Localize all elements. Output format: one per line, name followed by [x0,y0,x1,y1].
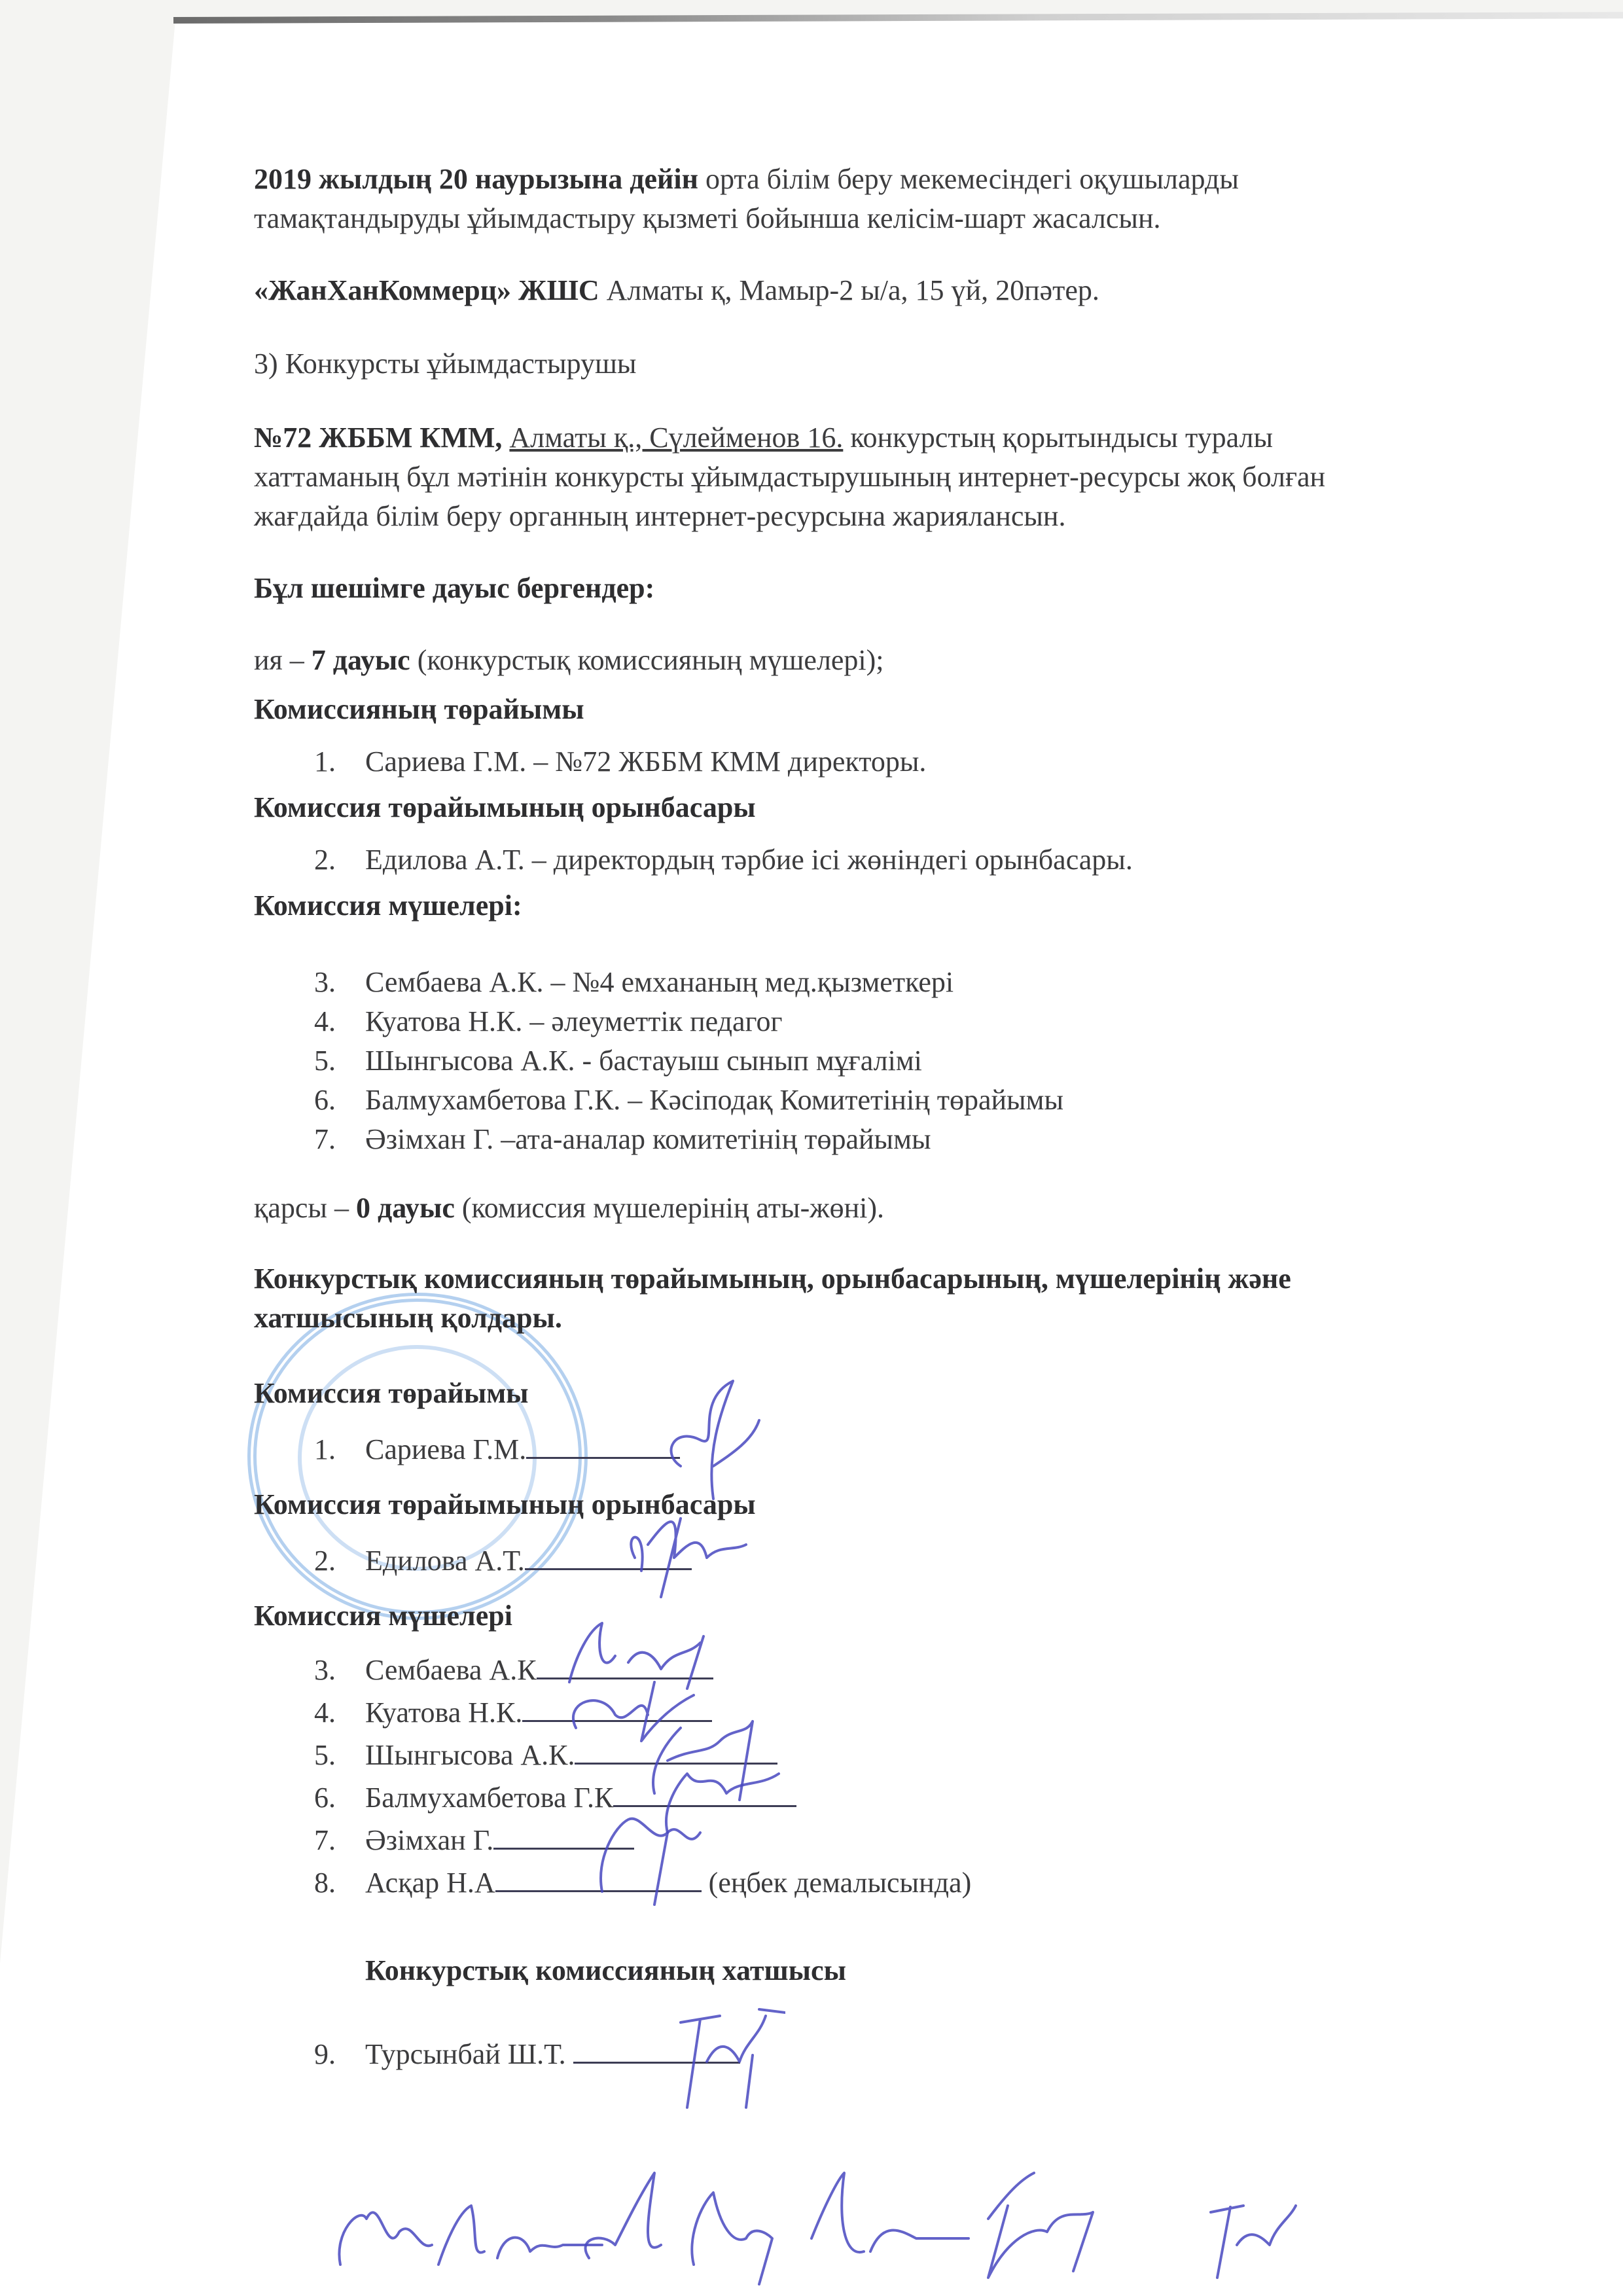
decision-text: орта білім беру мекемесіндегі оқушыларды [698,163,1239,195]
decision-date: 2019 жылдың 20 наурызына дейін [254,163,698,195]
votes-against: қарсы – 0 дауыс (комиссия мүшелерінің ат… [254,1191,884,1225]
sig-member-row: 7.Әзімхан Г. [314,1823,634,1857]
supplier-address: Алматы қ, Мамыр-2 ы/а, 15 үй, 20пәтер. [599,274,1099,306]
list-number: 5. [314,1738,365,1772]
leave-note: (еңбек демалысында) [702,1867,972,1899]
signer-name: Асқар Н.А [365,1867,495,1899]
chair-item: 1.Сариева Г.М. – №72 ЖББМ КММ директоры. [314,745,926,779]
chair-heading: Комиссияның төрайымы [254,692,584,726]
member-item: 7.Әзімхан Г. –ата-аналар комитетінің төр… [314,1122,931,1157]
sig-chair-heading: Комиссия төрайымы [254,1376,529,1410]
member-item: 4.Куатова Н.К. – әлеуметтік педагог [314,1005,783,1039]
secretary-heading: Конкурстық комиссияның хатшысы [365,1954,846,1988]
organizer-line-2: хаттаманың бұл мәтінін конкурсты ұйымдас… [254,460,1325,494]
votes-for-count: 7 дауыс [312,644,410,676]
sig-chair-row: 1.Сариева Г.М. [314,1432,680,1467]
signature-deputy [615,1505,766,1604]
organizer-text: конкурстың қорытындысы туралы [843,422,1273,454]
voters-heading: Бұл шешімге дауыс бергендер: [254,571,654,605]
sig-members-heading: Комиссия мүшелері [254,1599,512,1633]
list-number: 2. [314,1544,365,1578]
list-number: 8. [314,1866,365,1900]
votes-for: ия – 7 дауыс (конкурстық комиссияның мүш… [254,643,884,677]
signatures-heading-line-2: хатшысының қолдары. [254,1301,562,1335]
signature-secretary [661,1996,785,2114]
member-text: Куатова Н.К. – әлеуметтік педагог [365,1005,783,1037]
list-number: 1. [314,1433,365,1467]
member-text: Сембаева А.К. – №4 емхананың мед.қызметк… [365,966,954,998]
page-initials-signatures [314,2166,1623,2296]
signer-name: Куатова Н.К. [365,1696,522,1729]
votes-against-prefix: қарсы – [254,1192,356,1224]
decision-line-2: тамақтандыруды ұйымдастыру қызметі бойын… [254,202,1161,236]
list-number: 3. [314,1653,365,1687]
deputy-item: 2.Едилова А.Т. – директордың тәрбие ісі … [314,843,1133,877]
signer-name: Турсынбай Ш.Т. [365,2038,566,2070]
organizer-name: №72 ЖББМ КММ, [254,422,502,454]
list-number: 7. [314,1823,365,1857]
decision-line-1: 2019 жылдың 20 наурызына дейін орта білі… [254,162,1239,196]
member-item: 5.Шынгысова А.К. - бастауыш сынып мұғалі… [314,1044,922,1078]
organizer-line-3: жағдайда білім беру органның интернет-ре… [254,499,1065,533]
deputy-heading: Комиссия төрайымының орынбасары [254,791,756,825]
signer-name: Едилова А.Т. [365,1545,525,1577]
votes-against-count: 0 дауыс [356,1192,455,1224]
list-number: 7. [314,1122,365,1157]
signer-name: Балмухамбетова Г.К [365,1782,613,1814]
votes-for-prefix: ия – [254,644,312,676]
organizer-address: Алматы қ., Сүлейменов 16. [509,422,843,454]
signer-name: Сариева Г.М. [365,1433,526,1465]
list-number: 9. [314,2037,365,2072]
signer-name: Сембаева А.К [365,1654,537,1686]
list-number: 6. [314,1781,365,1815]
deputy-text: Едилова А.Т. – директордың тәрбие ісі жө… [365,844,1133,876]
member-text: Шынгысова А.К. - бастауыш сынып мұғалімі [365,1045,922,1077]
list-number: 3. [314,965,365,999]
signature-chair [641,1374,772,1505]
list-number: 4. [314,1696,365,1730]
signature-member-7 [589,1793,720,1911]
list-number: 2. [314,843,365,877]
organizer-heading: 3) Конкурсты ұйымдастырушы [254,347,636,381]
list-number: 5. [314,1044,365,1078]
list-number: 6. [314,1083,365,1117]
members-heading: Комиссия мүшелері: [254,889,522,923]
organizer-line-1: №72 ЖББМ КММ, Алматы қ., Сүлейменов 16. … [254,421,1273,455]
signer-name: Шынгысова А.К. [365,1739,575,1771]
member-item: 3.Сембаева А.К. – №4 емхананың мед.қызме… [314,965,954,999]
list-number: 1. [314,745,365,779]
signer-name: Әзімхан Г. [365,1824,493,1856]
member-text: Әзімхан Г. –ата-аналар комитетінің төрай… [365,1123,931,1155]
chair-text: Сариева Г.М. – №72 ЖББМ КММ директоры. [365,745,926,778]
member-item: 6.Балмухамбетова Г.К. – Кәсіподақ Комите… [314,1083,1063,1117]
member-text: Балмухамбетова Г.К. – Кәсіподақ Комитеті… [365,1084,1063,1116]
supplier-line: «ЖанХанКоммерц» ЖШС Алматы қ, Мамыр-2 ы/… [254,274,1099,308]
supplier-name: «ЖанХанКоммерц» ЖШС [254,274,599,306]
list-number: 4. [314,1005,365,1039]
votes-against-note: (комиссия мүшелерінің аты-жөні). [455,1192,884,1224]
votes-for-note: (конкурстық комиссияның мүшелері); [410,644,884,676]
signatures-heading-line-1: Конкурстық комиссияның төрайымының, орын… [254,1262,1291,1296]
